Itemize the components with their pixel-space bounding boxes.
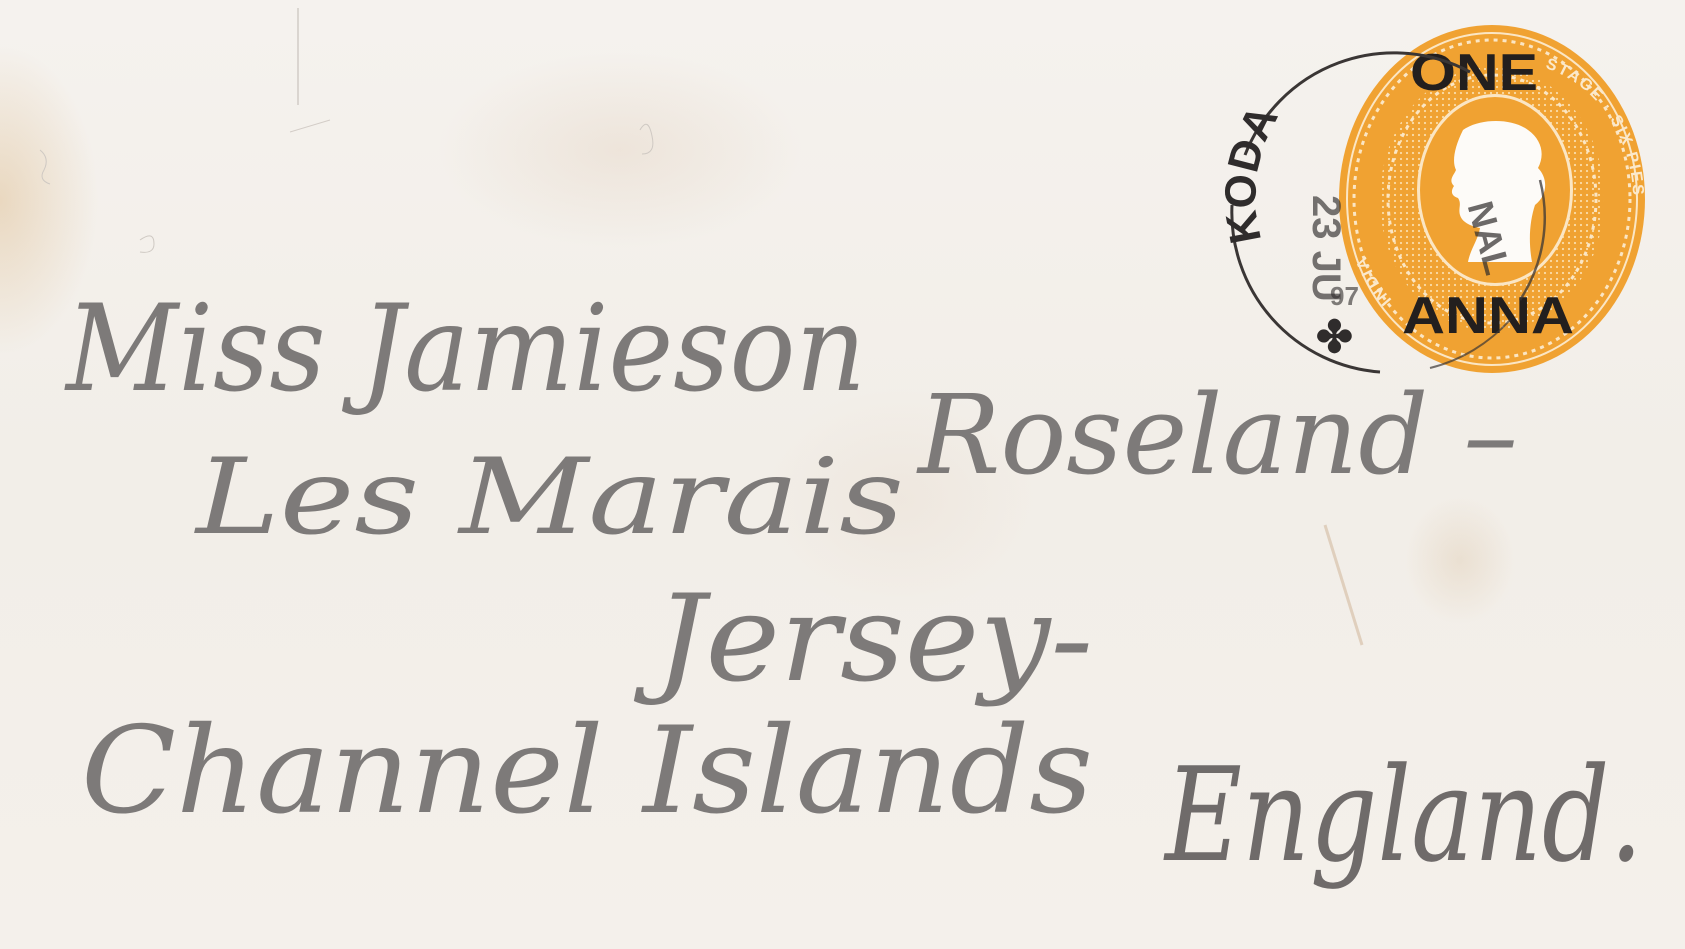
envelope: Miss Jamieson Roseland – Les Marais Jers… <box>0 0 1685 949</box>
postmark-ornament-icon: ✤ <box>1316 313 1353 362</box>
postmark-town-right: NAL <box>1460 197 1519 279</box>
postmark-year: 97 <box>1330 281 1359 311</box>
postmark-town: KODA <box>1216 98 1287 248</box>
postmark: KODA 23 JU 97 ✤ NAL <box>0 0 1685 949</box>
